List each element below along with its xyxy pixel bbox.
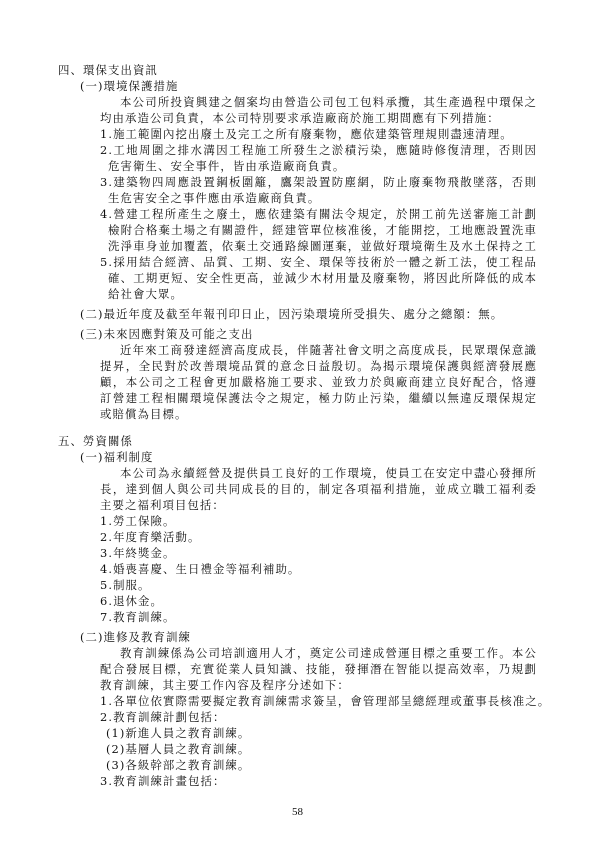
text-line: 教育訓練係為公司培訓適用人才，奠定公司達成營運目標之重要工作。本公司為: [120, 645, 537, 661]
text-line: 四、環保支出資訊: [58, 62, 158, 78]
text-line: 洗淨車身並加覆蓋，依棄土交通路線圖運棄，並做好環境衛生及水土保持之工作。: [108, 238, 537, 254]
text-line: 訂營建工程相關環境保護法令之規定，極力防止污染，繼續以無違反環保規定之損失: [100, 390, 537, 406]
text-line: 主要之福利項目包括：: [100, 497, 225, 513]
text-line: 危害衛生、安全事件，皆由承造廠商負責。: [108, 158, 345, 174]
text-line: 給社會大眾。: [108, 286, 183, 302]
text-line: 2.工地周圍之排水溝因工程施工所發生之淤積污染，應隨時修復清理，否則因而發生: [100, 142, 537, 158]
text-line: 3.建築物四周應設置鋼板圍籬，鷹架設置防塵網，防止廢棄物飛散墜落，否則因而發: [100, 174, 537, 190]
text-line: 五、勞資關係: [58, 433, 133, 449]
text-line: 7.教育訓練。: [100, 609, 176, 625]
page-number: 58: [0, 806, 595, 818]
text-line: (三)未來因應對策及可能之支出: [80, 326, 253, 342]
text-line: 1.施工範圍內挖出廢土及完工之所有廢棄物，應依建築管理規則盡速清理。: [100, 126, 513, 142]
text-line: 4.婚喪喜慶、生日禮金等福利補助。: [100, 561, 300, 577]
text-line: (3)各級幹部之教育訓練。: [106, 757, 250, 773]
text-line: 近年來工商發達經濟高度成長，伴隨著社會文明之高度成長，民眾環保意識不斷: [120, 342, 537, 358]
text-line: 本公司所投資興建之個案均由營造公司包工包料承攬，其生產過程中環保之維護: [120, 94, 537, 110]
text-line: 3.年終獎金。: [100, 545, 176, 561]
text-line: 2.教育訓練計劃包括：: [100, 709, 225, 725]
text-line: 2.年度育樂活動。: [100, 529, 201, 545]
text-line: 提昇，全民對於改善環境品質的意念日益殷切。為揭示環境保護與經濟發展應兼籌並: [100, 358, 537, 374]
text-line: 5.制服。: [100, 577, 151, 593]
text-line: 4.營建工程所產生之廢土，應依建築有關法令規定，於開工前先送審施工計劃書，並: [100, 206, 537, 222]
text-line: 教育訓練，其主要工作內容及程序分述如下：: [100, 677, 350, 693]
text-line: 顧，本公司之工程會更加嚴格施工要求、並致力於與廠商建立良好配合，恪遵政府所: [100, 374, 537, 390]
text-line: (一)環境保護措施: [80, 78, 179, 94]
text-line: 1.勞工保險。: [100, 513, 176, 529]
text-line: 6.退休金。: [100, 593, 163, 609]
text-line: (一)福利制度: [80, 449, 154, 465]
text-line: 1.各單位依實際需要擬定教育訓練需求簽呈，會管理部呈總經理或董事長核准之。: [100, 693, 550, 709]
text-line: (1)新進人員之教育訓練。: [106, 725, 250, 741]
text-line: 檢附合格棄土場之有關證件，經建管單位核准後，才能開挖，工地應設置洗車槽，: [108, 222, 537, 238]
text-line: 或賠償為目標。: [100, 406, 187, 422]
document-page: 四、環保支出資訊(一)環境保護措施本公司所投資興建之個案均由營造公司包工包料承攬…: [0, 0, 595, 842]
text-line: 均由承造公司負責，本公司特別要求承造廠商於施工期間應有下列措施：: [100, 110, 500, 126]
text-line: 5.採用結合經濟、品質、工期、安全、環保等技術於一體之新工法，使工程品質更精: [100, 254, 537, 270]
text-line: 配合發展目標，充實從業人員知識、技能，發揮潛在智能以提高效率，乃規劃完善的: [100, 661, 537, 677]
text-line: (二)最近年度及截至年報刊印日止，因污染環境所受損失、處分之總額：無。: [80, 306, 503, 322]
text-line: 確、工期更短、安全性更高，並減少木材用量及廢棄物，將因此所降低的成本回饋: [108, 270, 537, 286]
text-line: 生危害安全之事件應由承造廠商負責。: [108, 190, 320, 206]
text-line: (二)進修及教育訓練: [80, 629, 191, 645]
text-line: 本公司為永續經營及提供員工良好的工作環境，使員工在安定中盡心發揮所學所: [120, 465, 537, 481]
text-line: 3.教育訓練計畫包括：: [100, 773, 225, 789]
text-line: 長，達到個人與公司共同成長的目的，制定各項福利措施，並成立職工福利委員會，: [100, 481, 537, 497]
text-line: (2)基層人員之教育訓練。: [106, 741, 250, 757]
